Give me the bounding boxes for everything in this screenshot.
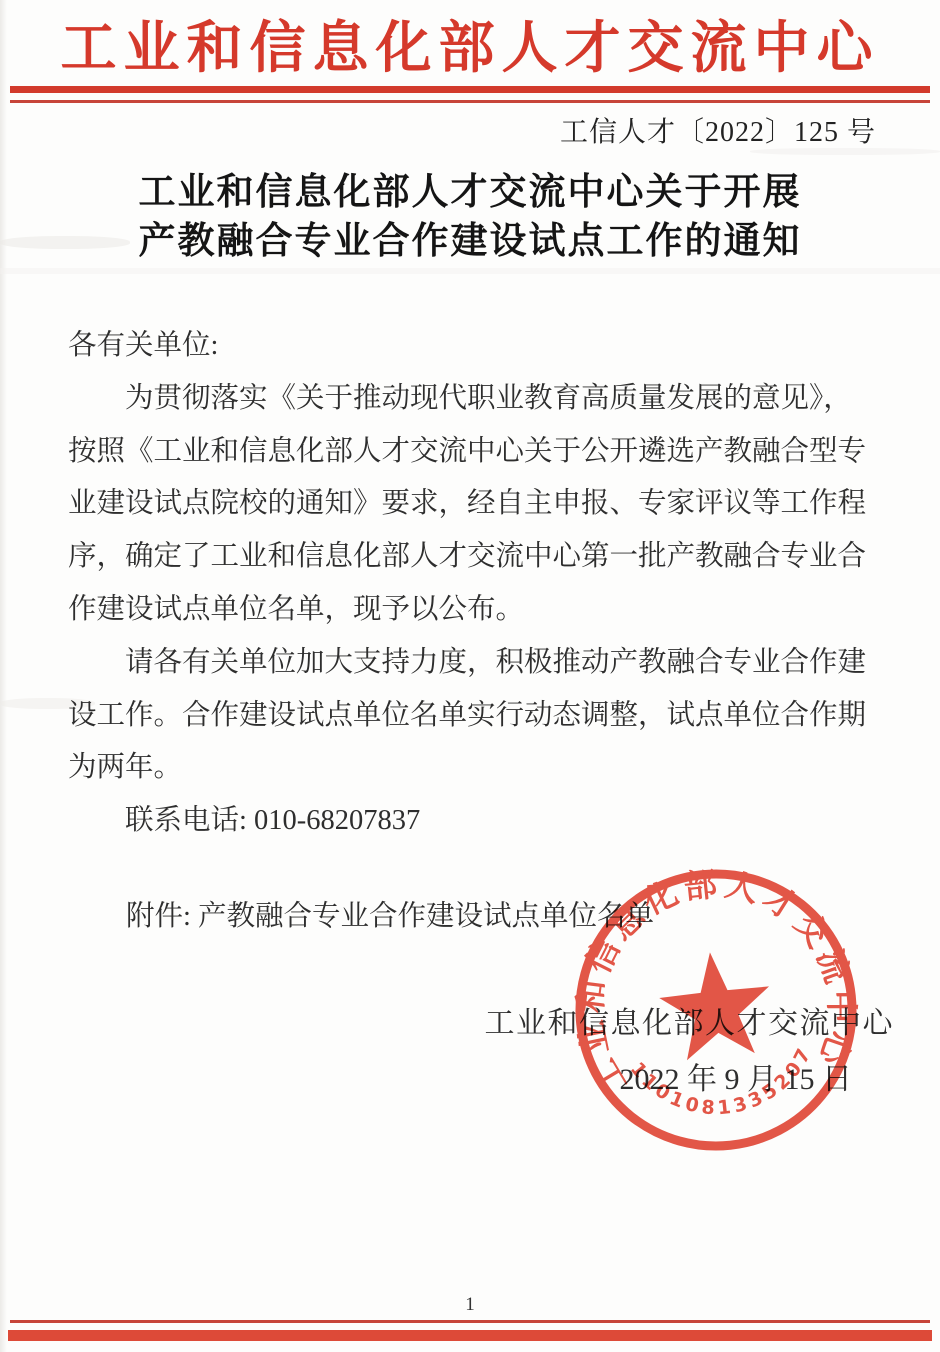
page-number: 1 [0, 1294, 940, 1316]
body-text-line: 序，确定了工业和信息化部人才交流中心第一批产教融合专业合 [68, 531, 910, 584]
salutation: 各有关单位: [68, 320, 910, 373]
document-title-line1: 工业和信息化部人才交流中心关于开展 [0, 168, 940, 217]
body-text-line: 联系电话: 010-68207837 [68, 795, 910, 848]
footer-rule-thin [10, 1320, 930, 1323]
document-number: 工信人才〔2022〕125 号 [560, 110, 876, 150]
seal-star-icon [655, 947, 776, 1063]
seal-code-text: 1101081335207 [625, 1040, 823, 1129]
document-page: 工业和信息化部人才交流中心 工信人才〔2022〕125 号 工业和信息化部人才交… [0, 0, 940, 1352]
body-text-line: 为贯彻落实《关于推动现代职业教育高质量发展的意见》， [68, 373, 910, 426]
body-text-line: 设工作。合作建设试点单位名单实行动态调整，试点单位合作期 [68, 690, 910, 743]
body-paragraphs: 为贯彻落实《关于推动现代职业教育高质量发展的意见》，按照《工业和信息化部人才交流… [68, 373, 910, 848]
body-text-line: 为两年。 [68, 742, 910, 795]
footer-rule-thick [8, 1330, 932, 1341]
header-rule-thin [10, 100, 930, 103]
document-title: 工业和信息化部人才交流中心关于开展 产教融合专业合作建设试点工作的通知 [0, 168, 940, 266]
body-text-line: 按照《工业和信息化部人才交流中心关于公开遴选产教融合型专 [68, 426, 910, 479]
body-text-line: 作建设试点单位名单，现予以公布。 [68, 584, 910, 637]
body-text-line: 请各有关单位加大支持力度，积极推动产教融合专业合作建 [68, 637, 910, 690]
header-rule-thick [10, 86, 930, 93]
document-title-line2: 产教融合专业合作建设试点工作的通知 [0, 217, 940, 266]
scan-artifact [0, 268, 940, 274]
official-seal: 工业和信息化部人才交流中心 1101081335207 [551, 845, 881, 1175]
document-body: 各有关单位: 为贯彻落实《关于推动现代职业教育高质量发展的意见》，按照《工业和信… [68, 320, 910, 848]
letterhead-title: 工业和信息化部人才交流中心 [0, 4, 940, 84]
body-text-line: 业建设试点院校的通知》要求，经自主申报、专家评议等工作程 [68, 478, 910, 531]
